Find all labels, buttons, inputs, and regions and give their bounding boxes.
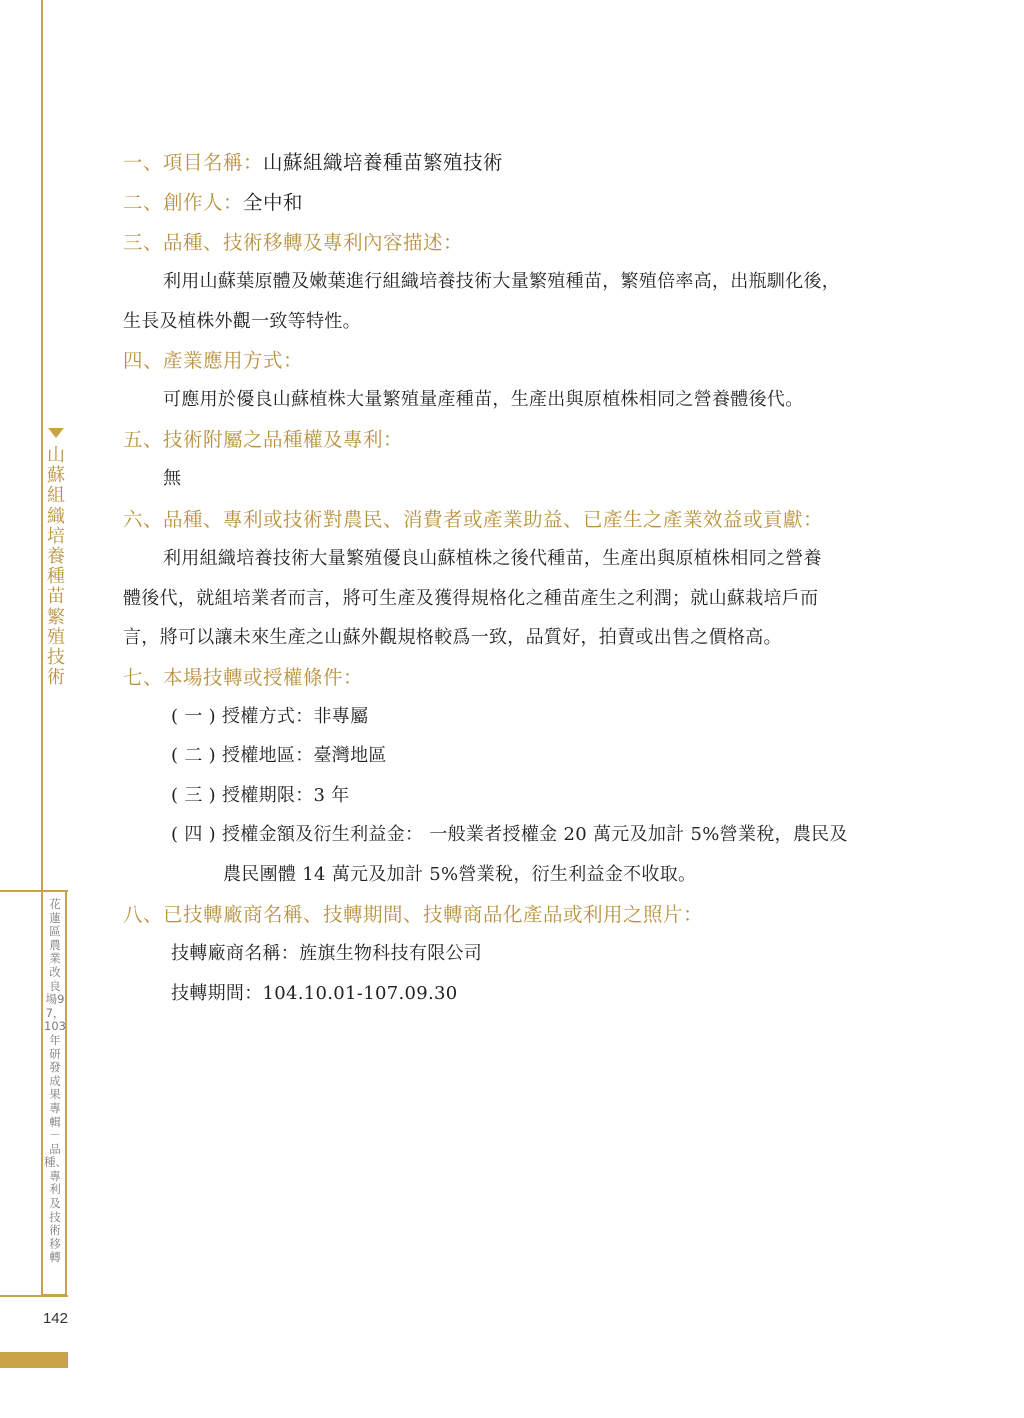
licensee-name: 技轉廠商名稱：旌旗生物科技有限公司 (171, 939, 482, 965)
license-period: 技轉期間：104.10.01-107.09.30 (171, 979, 458, 1005)
license-fee: ( 四 ) 授權金額及衍生利益金： 一般業者授權金 20 萬元及加計 5%營業稅… (171, 820, 848, 846)
book-title: 花蓮區農業改良場97，103年研發成果專輯－品種、專利及技術移轉 (44, 898, 66, 1265)
page-tab-bar (0, 1352, 68, 1368)
section-6-heading: 六、品種、專利或技術對農民、消費者或產業助益、已產生之產業效益或貢獻： (123, 504, 823, 532)
margin-rule (41, 0, 43, 892)
margin-rule-bottom (0, 1295, 68, 1297)
section-8-heading: 八、已技轉廠商名稱、技轉期間、技轉商品化產品或利用之照片： (123, 899, 703, 927)
triangle-down-icon (48, 428, 64, 438)
license-region: ( 二 ) 授權地區：臺灣地區 (171, 741, 387, 767)
section-1-heading: 一、項目名稱：山蘇組織培養種苗繁殖技術 (123, 147, 503, 175)
license-method: ( 一 ) 授權方式：非專屬 (171, 702, 368, 728)
creator-name: 全中和 (243, 191, 303, 214)
section-2-heading: 二、創作人：全中和 (123, 187, 303, 215)
section-6-text: 利用組織培養技術大量繁殖優良山蘇植株之後代種苗，生產出與原植株相同之營養 (163, 544, 822, 570)
section-3-heading: 三、品種、技術移轉及專利內容描述： (123, 227, 463, 255)
section-6-text: 言，將可以讓未來生產之山蘇外觀規格較爲一致，品質好，拍賣或出售之價格高。 (123, 623, 782, 649)
section-5-text: 無 (163, 464, 181, 490)
section-7-heading: 七、本場技轉或授權條件： (123, 662, 363, 690)
section-5-heading: 五、技術附屬之品種權及專利： (123, 424, 403, 452)
section-4-heading: 四、產業應用方式： (123, 345, 303, 373)
section-3-text: 利用山蘇葉原體及嫩葉進行組織培養技術大量繁殖種苗，繁殖倍率高，出瓶馴化後， (163, 267, 840, 293)
section-3-text: 生長及植株外觀一致等特性。 (123, 307, 361, 333)
license-fee-continued: 農民團體 14 萬元及加計 5%營業稅，衍生利益金不收取。 (223, 860, 696, 886)
chapter-title: 山蘇組織培養種苗繁殖技術 (46, 446, 66, 688)
section-6-text: 體後代，就組培業者而言，將可生產及獲得規格化之種苗產生之利潤；就山蘇栽培戶而 (123, 584, 818, 610)
license-term: ( 三 ) 授權期限：3 年 (171, 781, 350, 807)
section-4-text: 可應用於優良山蘇植株大量繁殖量產種苗，生產出與原植株相同之營養體後代。 (163, 385, 804, 411)
project-name: 山蘇組織培養種苗繁殖技術 (263, 151, 503, 174)
page-number: 142 (30, 1310, 68, 1327)
